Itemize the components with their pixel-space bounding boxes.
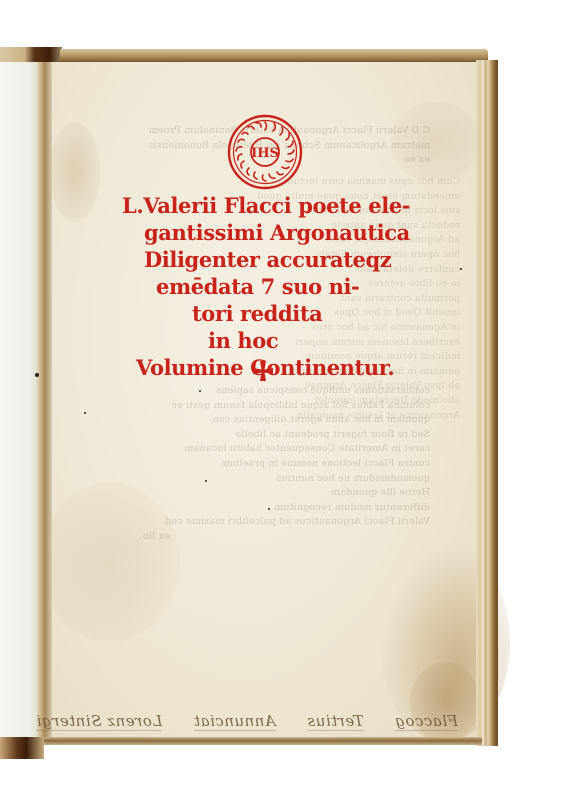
title-line: tori reddita	[192, 300, 400, 327]
inscription-word: Annunciat	[194, 712, 276, 731]
bleed-line: Heroe ille quondam	[90, 486, 430, 501]
bleed-line: caret in Ameritate Consequenter habitu l…	[90, 442, 430, 457]
inscription-word: Tertius	[307, 712, 364, 731]
bleed-line: columna Fabius Sol atque bibliopola fanu…	[90, 399, 430, 414]
gutter	[36, 62, 52, 742]
flyleaf-left	[0, 62, 40, 738]
bleed-line: Sed re fluor fugerit prodeunt ac libello	[90, 428, 430, 443]
title-line: L.Valerii Flacci poete ele-	[122, 192, 400, 219]
cover-top-edge	[60, 49, 488, 63]
speck	[205, 480, 207, 482]
title-line: Diligenter accurateqz	[144, 246, 400, 273]
cover-right-edge	[476, 60, 498, 746]
stain	[50, 122, 100, 222]
bleed-line: quoniam in hoc anno ageret diligentius c…	[90, 413, 430, 428]
bleed-line: quemadmodum ne hoc nuntius	[90, 472, 430, 487]
bleed-through-text: conuersationes undique conspicua sapiens…	[90, 384, 430, 545]
bleed-line: conuersationes undique conspicua sapiens	[90, 384, 430, 399]
speck	[35, 373, 39, 377]
title-block: L.Valerii Flacci poete ele- gantissimi A…	[130, 192, 400, 381]
speck	[199, 390, 201, 392]
cover-bottom-left-corner	[0, 737, 44, 759]
seal-monogram: IHS	[251, 146, 279, 161]
bleed-line: contra Flacci lectione nomine in praeliu…	[90, 457, 430, 472]
bleed-line: Valerii Flacci Argonauticus ad pulcolibr…	[90, 515, 430, 530]
bleed-line: Cum hoc opus maxima cura lectum et	[300, 175, 460, 190]
bleed-line: differuntur modum recognitum	[90, 501, 430, 516]
title-line: gantissimi Argonautica	[144, 219, 400, 246]
handwritten-inscription: Flaccog Tertius Annunciat Lorenz Sinterg…	[78, 712, 458, 736]
cross-pattee-icon	[250, 360, 276, 386]
bleed-line: ex lib.	[90, 530, 430, 545]
cover-spine-top	[0, 47, 62, 63]
title-line: emēdata 7 suo ni-	[156, 273, 400, 300]
speck	[460, 268, 462, 270]
ihs-seal-icon: IHS	[226, 113, 304, 191]
inscription-word: Flaccog	[395, 712, 458, 731]
speck	[84, 412, 86, 414]
cover-bottom-edge	[40, 737, 482, 745]
inscription-word: Lorenz Sintergi	[36, 712, 162, 731]
title-line: in hoc	[208, 327, 400, 354]
speck	[268, 508, 270, 510]
